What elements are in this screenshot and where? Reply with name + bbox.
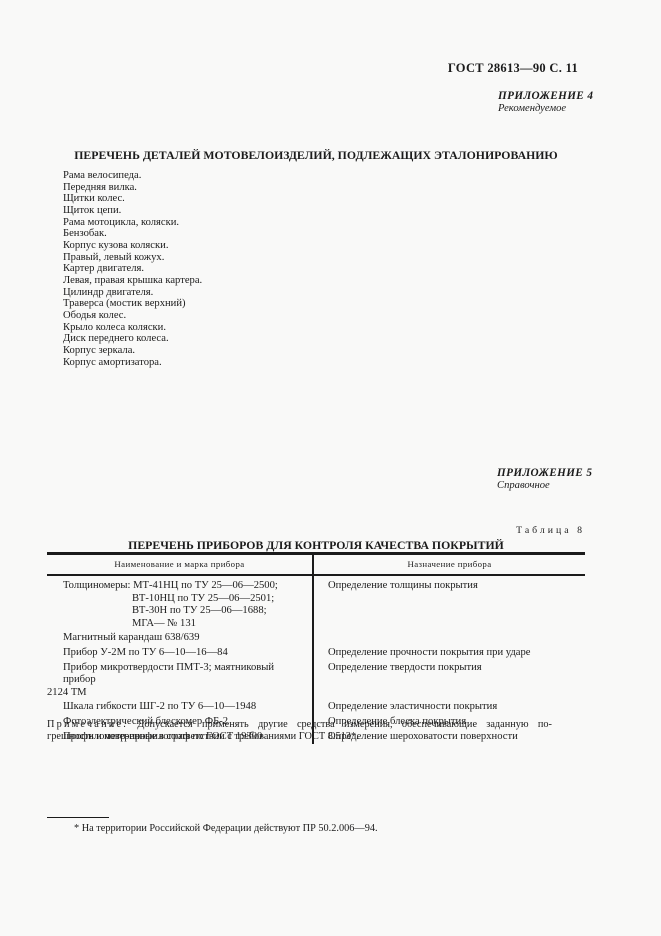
list-item: Правый, левый кожух. — [63, 252, 202, 264]
appendix-5-label: ПРИЛОЖЕНИЕ 5 — [497, 467, 592, 479]
instrument-name-cell: Прибор микротвердости ПМТ-3; маятниковый… — [47, 661, 313, 701]
list-item: Рама велосипеда. — [63, 170, 202, 182]
list-item: Щитки колес. — [63, 193, 202, 205]
appendix-5-type: Справочное — [497, 480, 592, 491]
instrument-line: ВТ-30Н по ТУ 25—06—1688; — [47, 605, 308, 618]
instrument-line: ВТ-10НЦ по ТУ 25—06—2501; — [47, 593, 308, 606]
instrument-purpose-cell: Определение прочности покрытия при ударе — [313, 646, 585, 661]
column-header-purpose: Назначение прибора — [313, 554, 585, 576]
table-row: Магнитный карандаш 638/639 — [47, 631, 585, 646]
table-header-row: Наименование и марка прибора Назначение … — [47, 554, 585, 576]
instrument-purpose-cell — [313, 631, 585, 646]
footnote-rule — [47, 817, 109, 818]
instrument-name-cell: Шкала гибкости ШГ-2 по ТУ 6—10—1948 — [47, 700, 313, 715]
instrument-purpose-cell: Определение эластичности покрытия — [313, 700, 585, 715]
appendix-5-label-block: ПРИЛОЖЕНИЕ 5 Справочное — [497, 467, 592, 491]
list-item: Корпус зеркала. — [63, 345, 202, 357]
note-line-1: Примечание. Допускается применять другие… — [47, 719, 552, 731]
table-row: Прибор У-2М по ТУ 6—10—16—84 Определение… — [47, 646, 585, 661]
list-item: Картер двигателя. — [63, 263, 202, 275]
instrument-line: 2124 ТМ — [47, 687, 308, 700]
instrument-line: Шкала гибкости ШГ-2 по ТУ 6—10—1948 — [47, 701, 308, 714]
table-note: Примечание. Допускается применять другие… — [47, 719, 585, 744]
table-number-label: Таблица 8 — [516, 525, 585, 536]
instrument-line: Прибор микротвердости ПМТ-3; маятниковый… — [47, 662, 308, 687]
appendix-4-title: ПЕРЕЧЕНЬ ДЕТАЛЕЙ МОТОВЕЛОИЗДЕЛИЙ, ПОДЛЕЖ… — [47, 148, 585, 163]
list-item: Траверса (мостик верхний) — [63, 298, 202, 310]
note-label: Примечание. — [47, 719, 128, 730]
instruments-table: Наименование и марка прибора Назначение … — [47, 552, 585, 744]
instrument-purpose-cell: Определение толщины покрытия — [313, 575, 585, 631]
instrument-line: Толщиномеры: МТ-41НЦ по ТУ 25—06—2500; — [47, 580, 308, 593]
list-item: Ободья колес. — [63, 310, 202, 322]
parts-list: Рама велосипеда. Передняя вилка. Щитки к… — [63, 170, 202, 368]
list-item: Корпус амортизатора. — [63, 357, 202, 369]
instrument-name-cell: Толщиномеры: МТ-41НЦ по ТУ 25—06—2500; В… — [47, 575, 313, 631]
instrument-line: Магнитный карандаш 638/639 — [47, 632, 308, 645]
list-item: Рама мотоцикла, коляски. — [63, 217, 202, 229]
list-item: Передняя вилка. — [63, 182, 202, 194]
list-item: Бензобак. — [63, 228, 202, 240]
appendix-5-title: ПЕРЕЧЕНЬ ПРИБОРОВ ДЛЯ КОНТРОЛЯ КАЧЕСТВА … — [47, 538, 585, 553]
page-header: ГОСТ 28613—90 С. 11 — [448, 61, 578, 76]
list-item: Корпус кузова коляски. — [63, 240, 202, 252]
appendix-4-type: Рекомендуемое — [498, 103, 593, 114]
instrument-purpose-cell: Определение твердости покрытия — [313, 661, 585, 701]
list-item: Диск переднего колеса. — [63, 333, 202, 345]
list-item: Щиток цепи. — [63, 205, 202, 217]
table-row: Шкала гибкости ШГ-2 по ТУ 6—10—1948 Опре… — [47, 700, 585, 715]
list-item: Левая, правая крышка картера. — [63, 275, 202, 287]
note-text: Допускается применять другие средства из… — [137, 719, 552, 730]
instrument-line: Прибор У-2М по ТУ 6—10—16—84 — [47, 647, 308, 660]
table-row: Прибор микротвердости ПМТ-3; маятниковый… — [47, 661, 585, 701]
list-item: Крыло колеса коляски. — [63, 322, 202, 334]
appendix-4-label-block: ПРИЛОЖЕНИЕ 4 Рекомендуемое — [498, 90, 593, 114]
table-row: Толщиномеры: МТ-41НЦ по ТУ 25—06—2500; В… — [47, 575, 585, 631]
column-header-name: Наименование и марка прибора — [47, 554, 313, 576]
note-line-2: грешность и поверенные в соответствии с … — [47, 731, 585, 743]
list-item: Цилиндр двигателя. — [63, 287, 202, 299]
instrument-name-cell: Прибор У-2М по ТУ 6—10—16—84 — [47, 646, 313, 661]
appendix-4-label: ПРИЛОЖЕНИЕ 4 — [498, 90, 593, 102]
footnote-block: * На территории Российской Федерации дей… — [47, 817, 378, 834]
instrument-name-cell: Магнитный карандаш 638/639 — [47, 631, 313, 646]
instrument-line: МГА— № 131 — [47, 618, 308, 631]
footnote-text: * На территории Российской Федерации дей… — [47, 823, 378, 834]
